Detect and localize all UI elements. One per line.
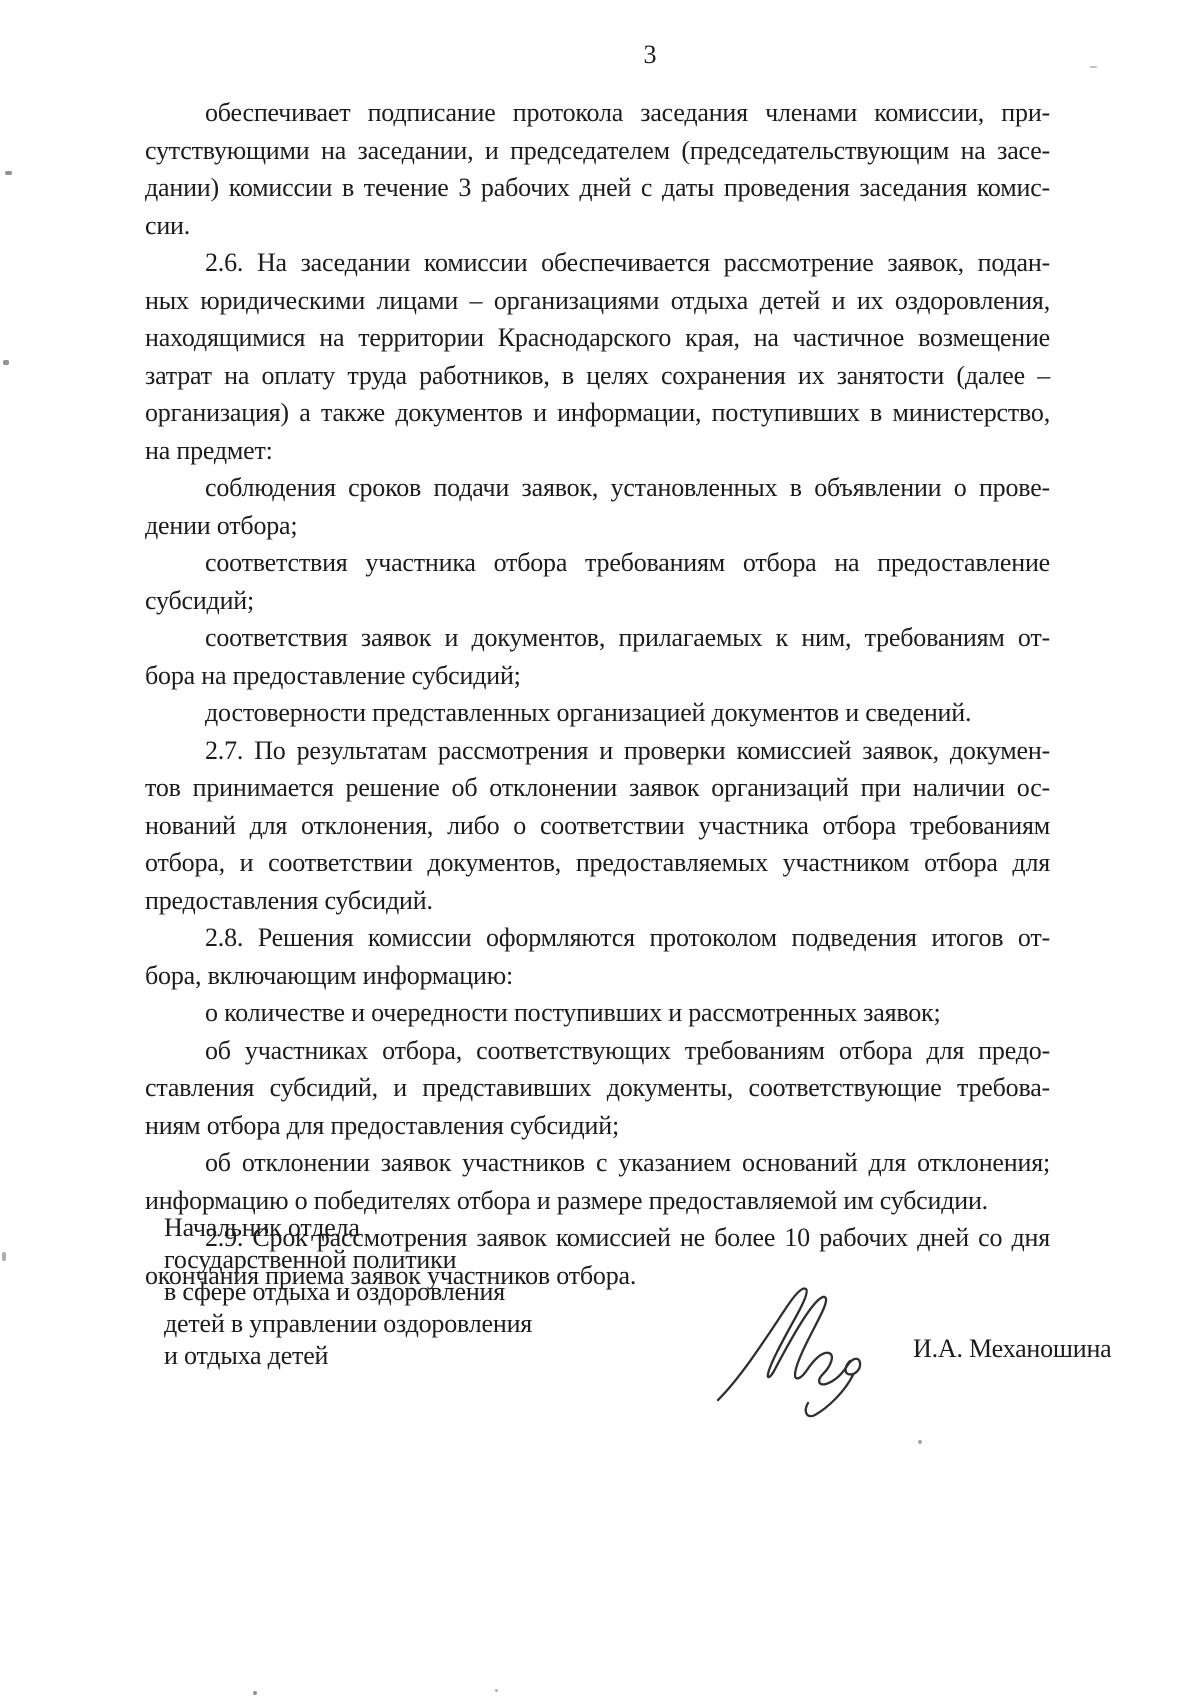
signer-title-line: детей в управлении оздоровления [164, 1308, 684, 1340]
text-line: дении отбора; [145, 507, 1050, 545]
page-number: 3 [560, 40, 740, 70]
signer-title-line: в сфере отдыха и оздоровления [164, 1276, 684, 1308]
text-line: предоставления субсидий. [145, 882, 1050, 920]
text-line: об участниках отбора, соответствующих тр… [145, 1032, 1050, 1070]
text-line: соответствия участника отбора требования… [145, 544, 1050, 582]
text-line: достоверности представленных организацие… [145, 694, 1050, 732]
text-line: об отклонении заявок участников с указан… [145, 1144, 1050, 1182]
text-line: 2.8. Решения комиссии оформляются проток… [145, 919, 1050, 957]
text-line: о количестве и очередности поступивших и… [145, 994, 1050, 1032]
text-line: дании) комиссии в течение 3 рабочих дней… [145, 169, 1050, 207]
text-line: отбора, и соответствии документов, предо… [145, 844, 1050, 882]
text-line: находящимися на территории Краснодарског… [145, 319, 1050, 357]
signer-title-block: Начальник отделагосударственной политики… [164, 1212, 684, 1372]
scan-speck [495, 1689, 498, 1692]
signer-title-line: Начальник отдела [164, 1212, 684, 1244]
scan-speck [1090, 66, 1097, 68]
signer-title-line: и отдыха детей [164, 1340, 684, 1372]
text-line: ных юридическими лицами – организациями … [145, 282, 1050, 320]
text-line: тов принимается решение об отклонении за… [145, 769, 1050, 807]
text-line: организация) а также документов и информ… [145, 394, 1050, 432]
text-line: сии. [145, 207, 1050, 245]
text-line: обеспечивает подписание протокола заседа… [145, 94, 1050, 132]
text-line: соответствия заявок и документов, прилаг… [145, 619, 1050, 657]
handwritten-signature-icon [712, 1278, 892, 1420]
text-line: нований для отклонения, либо о соответст… [145, 807, 1050, 845]
text-line: затрат на оплату труда работников, в цел… [145, 357, 1050, 395]
text-line: сутствующими на заседании, и председател… [145, 132, 1050, 170]
text-line: 2.6. На заседании комиссии обеспечиваетс… [145, 244, 1050, 282]
scan-speck [3, 360, 9, 365]
scan-speck [2, 1252, 6, 1261]
text-line: на предмет: [145, 432, 1050, 470]
text-line: бора, включающим информацию: [145, 957, 1050, 995]
signee-name: И.А. Механошина [913, 1334, 1112, 1364]
text-line: соблюдения сроков подачи заявок, установ… [145, 469, 1050, 507]
signer-title-line: государственной политики [164, 1244, 684, 1276]
text-line: 2.7. По результатам рассмотрения и прове… [145, 732, 1050, 770]
scan-speck [253, 1691, 257, 1695]
document-page: 3 обеспечивает подписание протокола засе… [0, 0, 1200, 1697]
scan-speck [5, 171, 12, 175]
document-body: обеспечивает подписание протокола заседа… [145, 94, 1050, 1294]
text-line: ниям отбора для предоставления субсидий; [145, 1107, 1050, 1145]
text-line: ставления субсидий, и представивших доку… [145, 1069, 1050, 1107]
scan-speck [918, 1440, 922, 1444]
text-line: бора на предоставление субсидий; [145, 657, 1050, 695]
text-line: субсидий; [145, 582, 1050, 620]
